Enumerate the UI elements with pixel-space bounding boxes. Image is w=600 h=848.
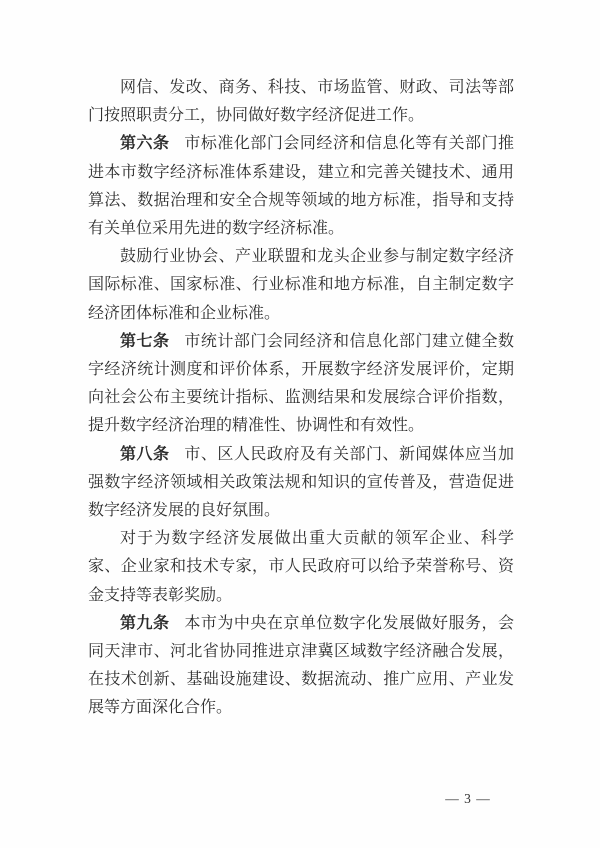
text-line: 字经济统计测度和评价体系，开展数字经济发展评价，定期	[88, 356, 514, 384]
page-number: — 3 —	[428, 791, 508, 807]
text-line: 第七条市统计部门会同经济和信息化部门建立健全数	[88, 328, 514, 356]
text-line: 经济团体标准和企业标准。	[88, 300, 514, 328]
text-line: 数字经济发展的良好氛围。	[88, 497, 514, 525]
text-line: 国际标准、国家标准、行业标准和地方标准，自主制定数字	[88, 271, 514, 299]
text-line: 算法、数据治理和安全合规等领域的地方标准，指导和支持	[88, 187, 514, 215]
text-line: 门按照职责分工，协同做好数字经济促进工作。	[88, 102, 514, 130]
text-line: 在技术创新、基础设施建设、数据流动、推广应用、产业发	[88, 666, 514, 694]
article-number: 第七条	[120, 333, 170, 350]
text-line: 同天津市、河北省协同推进京津冀区域数字经济融合发展，	[88, 638, 514, 666]
text-line: 有关单位采用先进的数字经济标准。	[88, 215, 514, 243]
text-line: 向社会公布主要统计指标、监测结果和发展综合评价指数，	[88, 384, 514, 412]
text-line: 家、企业家和技术专家，市人民政府可以给予荣誉称号、资	[88, 553, 514, 581]
article-number: 第八条	[120, 446, 170, 463]
article-number: 第六条	[120, 135, 170, 152]
document-page: 网信、发改、商务、科技、市场监管、财政、司法等部门按照职责分工，协同做好数字经济…	[0, 0, 600, 848]
text-line: 第六条市标准化部门会同经济和信息化等有关部门推	[88, 130, 514, 158]
text-line: 提升数字经济治理的精准性、协调性和有效性。	[88, 412, 514, 440]
text-line: 网信、发改、商务、科技、市场监管、财政、司法等部	[88, 74, 514, 102]
text-line: 第九条本市为中央在京单位数字化发展做好服务，会	[88, 610, 514, 638]
text-line: 进本市数字经济标准体系建设，建立和完善关键技术、通用	[88, 159, 514, 187]
document-body: 网信、发改、商务、科技、市场监管、财政、司法等部门按照职责分工，协同做好数字经济…	[88, 74, 514, 723]
text-line: 对于为数字经济发展做出重大贡献的领军企业、科学	[88, 525, 514, 553]
text-line: 展等方面深化合作。	[88, 694, 514, 722]
text-line: 第八条市、区人民政府及有关部门、新闻媒体应当加	[88, 441, 514, 469]
text-line: 鼓励行业协会、产业联盟和龙头企业参与制定数字经济	[88, 243, 514, 271]
text-line: 强数字经济领域相关政策法规和知识的宣传普及，营造促进	[88, 469, 514, 497]
text-line: 金支持等表彰奖励。	[88, 582, 514, 610]
article-number: 第九条	[120, 615, 170, 632]
